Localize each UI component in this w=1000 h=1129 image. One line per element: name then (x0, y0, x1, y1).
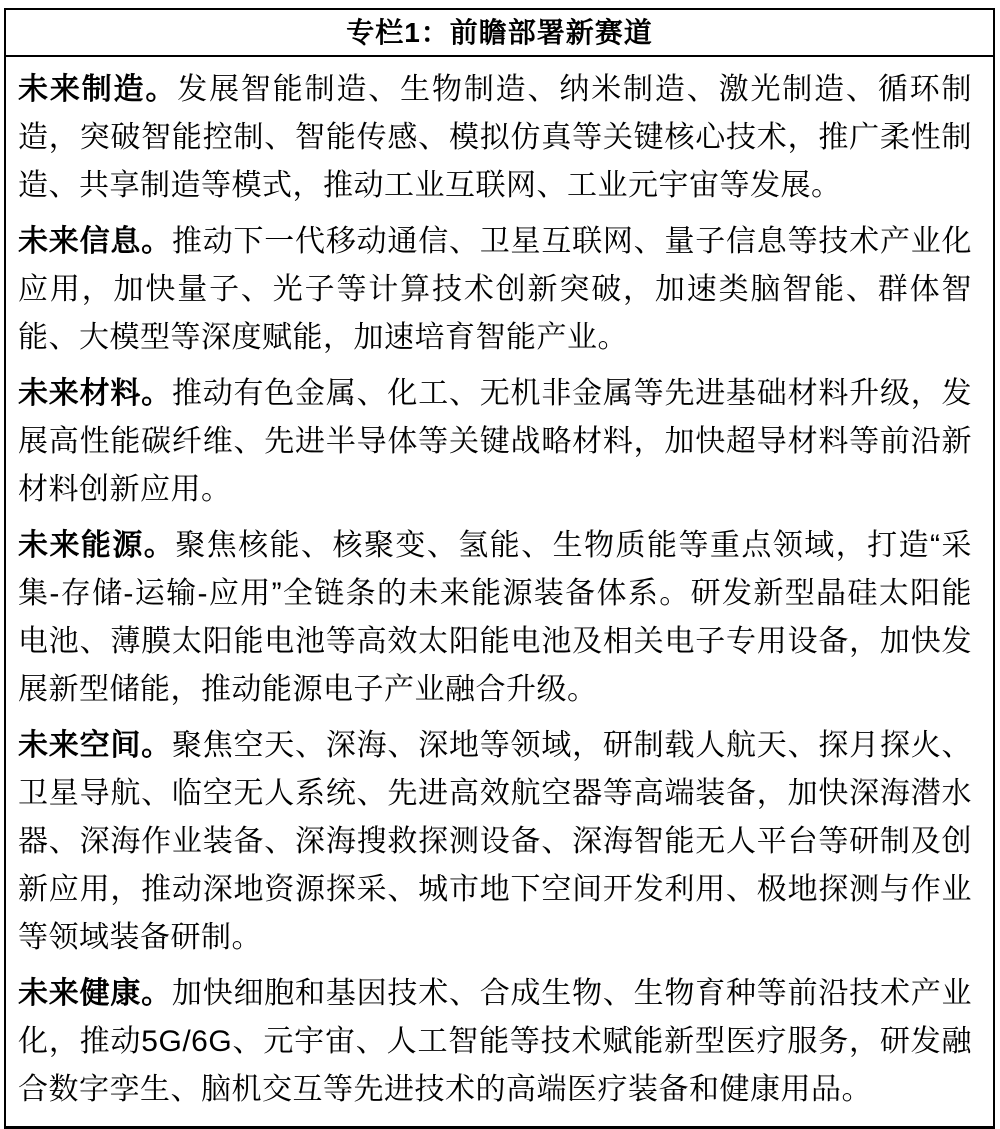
column-box: 专栏1：前瞻部署新赛道 未来制造。发展智能制造、生物制造、纳米制造、激光制造、循… (4, 8, 995, 1129)
section-heading: 未来材料。 (18, 377, 172, 410)
section-heading: 未来空间。 (18, 729, 172, 762)
section-paragraph: 未来健康。加快细胞和基因技术、合成生物、生物育种等前沿技术产业化，推动5G/6G… (18, 970, 972, 1114)
section-paragraph: 未来空间。聚焦空天、深海、深地等领域，研制载人航天、探月探火、卫星导航、临空无人… (18, 722, 972, 962)
section-paragraph: 未来材料。推动有色金属、化工、无机非金属等先进基础材料升级，发展高性能碳纤维、先… (18, 370, 972, 514)
section-heading: 未来信息。 (18, 225, 172, 258)
section-paragraph: 未来制造。发展智能制造、生物制造、纳米制造、激光制造、循环制造，突破智能控制、智… (18, 66, 972, 210)
section-heading: 未来健康。 (18, 977, 172, 1010)
section-paragraph: 未来能源。聚焦核能、核聚变、氢能、生物质能等重点领域，打造“采集-存储-运输-应… (18, 522, 972, 714)
section-heading: 未来制造。 (18, 73, 177, 106)
column-body: 未来制造。发展智能制造、生物制造、纳米制造、激光制造、循环制造，突破智能控制、智… (6, 57, 993, 1126)
column-title: 专栏1：前瞻部署新赛道 (6, 10, 993, 57)
section-heading: 未来能源。 (18, 529, 175, 562)
section-paragraph: 未来信息。推动下一代移动通信、卫星互联网、量子信息等技术产业化应用，加快量子、光… (18, 218, 972, 362)
section-text: 聚焦空天、深海、深地等领域，研制载人航天、探月探火、卫星导航、临空无人系统、先进… (18, 729, 972, 954)
